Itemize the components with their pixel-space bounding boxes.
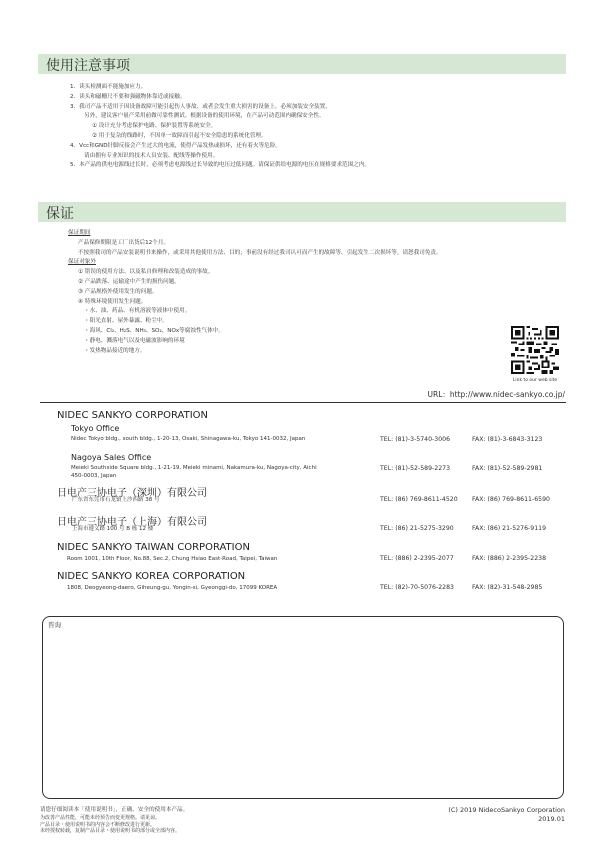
footer-notes: 请您仔细阅读本「使用说明书」，正确、安全的使用本产品。 为改善产品性能，可能未经… <box>40 806 188 835</box>
precaution-item: 另外，建议客户量产采用前做可靠性测试。根据设备的使用环境，在产品可动范围内确保安… <box>70 112 370 122</box>
office-address-korea: 1808, Deogyeong-daero, Giheung-gu, Yongi… <box>67 584 277 592</box>
precaution-item: 4．Vcc和GND针脚反接会产生过大的电流，使得产品发热或损坏，还有着火等危险。 <box>70 142 370 152</box>
office-address-taiwan: Room 1001, 10th Floor, No.88, Sec.2, Chu… <box>67 555 277 563</box>
warranty-period-line: 产品保修期限是工厂出货后12个月。 <box>68 239 442 249</box>
website-url[interactable]: URL：http://www.nidec-sankyo.co.jp/ <box>428 389 565 400</box>
footer-line: 未经授权转载，复制产品目录・使用说明书的部分或全部内容。 <box>40 828 188 835</box>
qr-caption: Link to our web site <box>503 378 567 383</box>
tel-korea: TEL: (82)-70-5076-2283 <box>380 584 454 591</box>
tel-taiwan: TEL: (886) 2-2395-2077 <box>380 555 454 562</box>
copyright-text: (C) 2019 NidecoSankyo Corporation <box>448 806 565 815</box>
precaution-item: 3．我司产品不适用于因设备故障可能引起伤人事故、或者会发生重大损害的设备上。必须… <box>70 103 370 113</box>
fax-shenzhen: FAX: (86) 769-8611-6590 <box>472 496 550 503</box>
office-address-nagoya: Meieki Southside Square bldg., 1-21-19, … <box>71 464 317 472</box>
tel-nagoya: TEL: (81)-52-589-2273 <box>380 465 450 472</box>
office-address-shanghai: 上海市遵义路 100 号 B 栋 12 楼 <box>72 525 153 533</box>
company-name: NIDEC SANKYO CORPORATION <box>57 410 208 421</box>
inquiry-box: 咨询 <box>42 616 564 799</box>
precaution-item: ② 用于复杂的线路时，不因单一故障而引起不安全隐患的系统化管理。 <box>70 132 370 142</box>
footer-copyright: (C) 2019 NidecoSankyo Corporation 2019.0… <box>448 806 565 823</box>
fax-nagoya: FAX: (81)-52-589-2981 <box>472 465 542 472</box>
tel-tokyo: TEL: (81)-3-5740-3006 <box>380 436 450 443</box>
fax-taiwan: FAX: (886) 2-2395-2238 <box>472 555 546 562</box>
tel-shanghai: TEL: (86) 21-5275-3290 <box>380 525 454 532</box>
tel-shenzhen: TEL: (86) 769-8611-4520 <box>380 496 458 503</box>
fax-tokyo: FAX: (81)-3-6843-3123 <box>472 436 542 443</box>
warranty-header: 保证 <box>38 202 566 222</box>
warranty-title: 保证 <box>46 203 74 223</box>
warranty-body: 保证期间 产品保修期限是工厂出货后12个月。 不按照我司的产品安装说明书来操作，… <box>68 229 442 356</box>
office-name-tokyo: Tokyo Office <box>71 424 119 433</box>
precaution-item: 5．本产品的供电电源线过长时，必须考虑电源线过长导致的电压过低问题。请保证供给电… <box>70 161 370 171</box>
warranty-exclusions-label: 保证对象外 <box>68 258 128 268</box>
warranty-period-line: 不按照我司的产品安装说明书来操作，或采用其他使用方法、目的；事前没有经过我司认可… <box>68 249 442 259</box>
exclusion-item: ② 产品跌落、运输途中产生的损伤问题。 <box>68 278 442 288</box>
footer-line: 请您仔细阅读本「使用说明书」，正确、安全的使用本产品。 <box>40 806 188 815</box>
office-address-nagoya-2: 450-0003, Japan <box>71 472 116 480</box>
precautions-title: 使用注意事项 <box>46 55 130 75</box>
exclusion-item: ④ 特殊环境使用发生问题。 <box>68 298 442 308</box>
fax-korea: FAX: (82)-31-548-2985 <box>472 584 542 591</box>
company-name-korea: NIDEC SANKYO KOREA CORPORATION <box>57 571 245 582</box>
exclusion-item: ③ 产品规格外使用发生的问题。 <box>68 288 442 298</box>
office-name-nagoya: Nagoya Sales Office <box>71 453 151 462</box>
exclusion-item: ・阳光直射、屋外暴露、粉尘中。 <box>68 317 442 327</box>
divider-line <box>40 402 566 403</box>
warranty-period-label: 保证期间 <box>68 229 128 239</box>
office-address-tokyo: Nidec Tokyo bldg., south bldg., 1-20-13,… <box>71 435 305 443</box>
publish-date: 2019.01 <box>448 815 565 824</box>
company-name-taiwan: NIDEC SANKYO TAIWAN CORPORATION <box>57 542 250 553</box>
exclusion-item: ・静电、溅落电气以及电磁波影响的环境 <box>68 337 442 347</box>
precautions-list: 1．读头检测面不能施加应力。 2．读头和磁栅尺不要和强磁物体靠近或接触。 3．我… <box>70 83 370 171</box>
precautions-header: 使用注意事项 <box>38 54 566 74</box>
inquiry-label: 咨询 <box>48 620 61 629</box>
precaution-item: ① 设计充分考虑保护电路、保护装置等系统安全。 <box>70 122 370 132</box>
exclusion-item: ・海风、Cl₂、H₂S、NH₃、SO₂、NOx等腐蚀性气体中。 <box>68 327 442 337</box>
exclusion-item: ・发热物品接近的地方。 <box>68 347 442 357</box>
exclusion-item: ① 错误的使用方法、以及私自修理和改装造成的事故。 <box>68 268 442 278</box>
office-address-shenzhen: 广东省东莞市石龙镇上沙西路 38 号 <box>72 496 160 504</box>
exclusion-item: ・水、油、药品、有机溶液等液体中使用。 <box>68 307 442 317</box>
qr-code-icon[interactable] <box>511 326 559 374</box>
precaution-item: 请由拥有专业知识的技术人员安装、配线等操作使用。 <box>70 152 370 162</box>
precaution-item: 1．读头检测面不能施加应力。 <box>70 83 370 93</box>
precaution-item: 2．读头和磁栅尺不要和强磁物体靠近或接触。 <box>70 93 370 103</box>
fax-shanghai: FAX: (86) 21-5276-9119 <box>472 525 546 532</box>
